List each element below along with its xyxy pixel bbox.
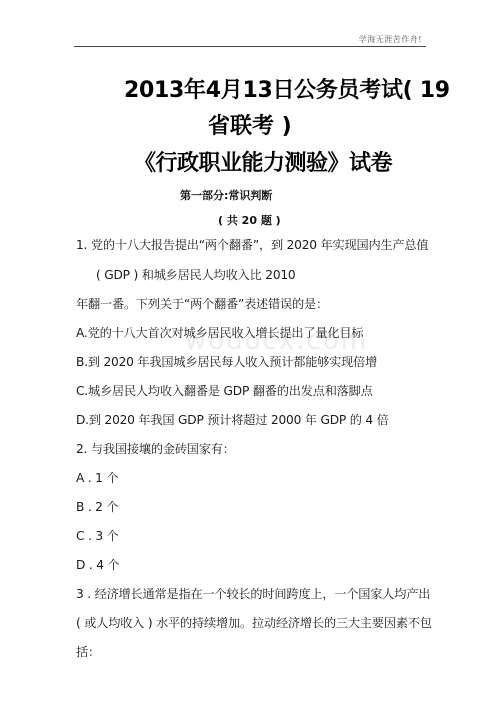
question-1-text-line-2: ( GDP ) 和城乡居民人均收入比 2010 bbox=[96, 266, 295, 283]
question-1-text-line-1: 1. 党的十八大报告提出“两个翻番”，到 2020 年实现国内生产总值 bbox=[76, 236, 428, 253]
question-1-option-c: C.城乡居民人均收入翻番是 GDP 翻番的出发点和落脚点 bbox=[76, 382, 373, 399]
question-1-option-b: B.到 2020 年我国城乡居民每人收入预计都能够实现倍增 bbox=[76, 353, 377, 370]
question-1-option-d: D.到 2020 年我国 GDP 预计将超过 2000 年 GDP 的 4 倍 bbox=[76, 411, 389, 428]
document-title-line-2: 省联考 ) bbox=[208, 109, 292, 140]
question-2-option-a: A . 1 个 bbox=[76, 469, 118, 486]
question-2-text: 2. 与我国接壤的金砖国家有： bbox=[76, 440, 235, 457]
header-divider bbox=[74, 46, 426, 47]
question-2-option-b: B . 2 个 bbox=[76, 498, 118, 515]
question-3-text-line-1: 3 . 经济增长通常是指在一个较长的时间跨度上，一个国家人均产出 bbox=[76, 585, 430, 602]
section-title: 第一部分:常识判断 bbox=[180, 187, 272, 203]
question-1-option-a: A.党的十八大首次对城乡居民收入增长提出了量化目标 bbox=[76, 324, 363, 341]
document-title-line-1: 2013年4月13日公务员考试( 19 bbox=[124, 73, 450, 104]
question-1-text-line-3: 年翻一番。下列关于“两个翻番”表述错误的是： bbox=[76, 295, 328, 312]
header-motto: 学海无涯苦作舟! bbox=[359, 34, 422, 45]
question-3-text-line-2: ( 或人均收入 ) 水平的持续增加。拉动经济增长的三大主要因素不包 bbox=[76, 614, 432, 631]
section-question-count: ( 共 20 题 ) bbox=[218, 212, 281, 228]
question-3-text-line-3: 括： bbox=[76, 643, 100, 660]
question-2-option-c: C . 3 个 bbox=[76, 527, 119, 544]
document-subtitle: 《行政职业能力测验》试卷 bbox=[134, 146, 392, 177]
question-2-option-d: D . 4 个 bbox=[76, 556, 119, 573]
